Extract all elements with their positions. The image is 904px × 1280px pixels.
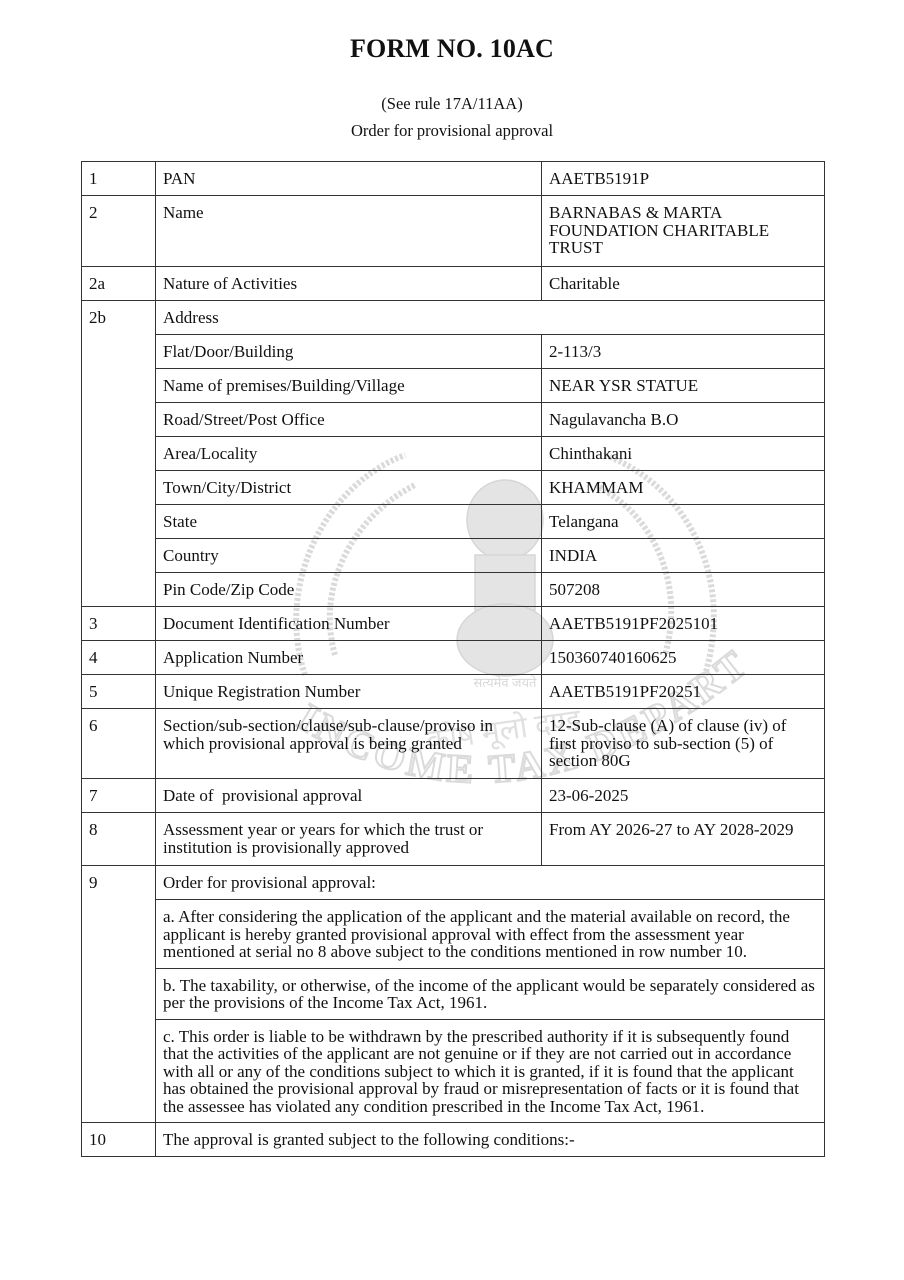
form-title: FORM NO. 10AC <box>0 34 904 64</box>
table-row: Area/Locality Chinthakani <box>82 437 825 471</box>
approval-date-value: 23-06-2025 <box>542 779 825 813</box>
table-row: a. After considering the application of … <box>82 900 825 969</box>
serial-number: 3 <box>82 607 156 641</box>
field-label: Town/City/District <box>156 471 542 505</box>
field-label: Nature of Activities <box>156 267 542 301</box>
field-label: Flat/Door/Building <box>156 335 542 369</box>
order-clause-c: c. This order is liable to be withdrawn … <box>156 1019 825 1123</box>
nature-of-activities-value: Charitable <box>542 267 825 301</box>
application-number-value: 150360740160625 <box>542 641 825 675</box>
table-row: 10 The approval is granted subject to th… <box>82 1123 825 1157</box>
table-row: 9 Order for provisional approval: <box>82 866 825 900</box>
pan-value: AAETB5191P <box>542 162 825 196</box>
field-label: PAN <box>156 162 542 196</box>
serial-number: 8 <box>82 813 156 866</box>
serial-number: 5 <box>82 675 156 709</box>
table-row: State Telangana <box>82 505 825 539</box>
table-row: Flat/Door/Building 2-113/3 <box>82 335 825 369</box>
field-label: Road/Street/Post Office <box>156 403 542 437</box>
section-value: 12-Sub-clause (A) of clause (iv) of firs… <box>542 709 825 779</box>
table-row: Name of premises/Building/Village NEAR Y… <box>82 369 825 403</box>
order-clause-b: b. The taxability, or otherwise, of the … <box>156 968 825 1019</box>
table-row: 2a Nature of Activities Charitable <box>82 267 825 301</box>
field-label: Pin Code/Zip Code <box>156 573 542 607</box>
unique-registration-number-value: AAETB5191PF20251 <box>542 675 825 709</box>
country-value: INDIA <box>542 539 825 573</box>
table-row: c. This order is liable to be withdrawn … <box>82 1019 825 1123</box>
table-row: Country INDIA <box>82 539 825 573</box>
serial-number: 2a <box>82 267 156 301</box>
serial-number: 2b <box>82 301 156 607</box>
field-label: Document Identification Number <box>156 607 542 641</box>
town-value: KHAMMAM <box>542 471 825 505</box>
serial-number: 2 <box>82 196 156 267</box>
table-row: 2 Name BARNABAS & MARTA FOUNDATION CHARI… <box>82 196 825 267</box>
field-label: Section/sub-section/clause/sub-clause/pr… <box>156 709 542 779</box>
order-heading: Order for provisional approval: <box>156 866 825 900</box>
field-label: Date of provisional approval <box>156 779 542 813</box>
table-row: 2b Address <box>82 301 825 335</box>
table-row: Town/City/District KHAMMAM <box>82 471 825 505</box>
address-heading: Address <box>156 301 825 335</box>
serial-number: 7 <box>82 779 156 813</box>
rule-reference: (See rule 17A/11AA) <box>0 94 904 114</box>
field-label: Assessment year or years for which the t… <box>156 813 542 866</box>
serial-number: 4 <box>82 641 156 675</box>
field-label: Application Number <box>156 641 542 675</box>
table-row: 1 PAN AAETB5191P <box>82 162 825 196</box>
table-row: b. The taxability, or otherwise, of the … <box>82 968 825 1019</box>
document-id-value: AAETB5191PF2025101 <box>542 607 825 641</box>
field-label: Name <box>156 196 542 267</box>
field-label: Area/Locality <box>156 437 542 471</box>
pin-value: 507208 <box>542 573 825 607</box>
approval-form-table: 1 PAN AAETB5191P 2 Name BARNABAS & MARTA… <box>81 161 825 1157</box>
table-row: 5 Unique Registration Number AAETB5191PF… <box>82 675 825 709</box>
serial-number: 9 <box>82 866 156 1123</box>
assessment-years-value: From AY 2026-27 to AY 2028-2029 <box>542 813 825 866</box>
serial-number: 6 <box>82 709 156 779</box>
table-row: 7 Date of provisional approval 23-06-202… <box>82 779 825 813</box>
table-row: Pin Code/Zip Code 507208 <box>82 573 825 607</box>
form-subtitle: Order for provisional approval <box>0 121 904 141</box>
table-row: 8 Assessment year or years for which the… <box>82 813 825 866</box>
conditions-heading: The approval is granted subject to the f… <box>156 1123 825 1157</box>
serial-number: 10 <box>82 1123 156 1157</box>
area-value: Chinthakani <box>542 437 825 471</box>
premises-value: NEAR YSR STATUE <box>542 369 825 403</box>
order-clause-a: a. After considering the application of … <box>156 900 825 969</box>
field-label: Name of premises/Building/Village <box>156 369 542 403</box>
field-label: Country <box>156 539 542 573</box>
field-label: Unique Registration Number <box>156 675 542 709</box>
field-label: State <box>156 505 542 539</box>
flat-value: 2-113/3 <box>542 335 825 369</box>
table-row: 4 Application Number 150360740160625 <box>82 641 825 675</box>
serial-number: 1 <box>82 162 156 196</box>
road-value: Nagulavancha B.O <box>542 403 825 437</box>
table-row: 3 Document Identification Number AAETB51… <box>82 607 825 641</box>
table-row: 6 Section/sub-section/clause/sub-clause/… <box>82 709 825 779</box>
state-value: Telangana <box>542 505 825 539</box>
table-row: Road/Street/Post Office Nagulavancha B.O <box>82 403 825 437</box>
name-value: BARNABAS & MARTA FOUNDATION CHARITABLE T… <box>542 196 825 267</box>
